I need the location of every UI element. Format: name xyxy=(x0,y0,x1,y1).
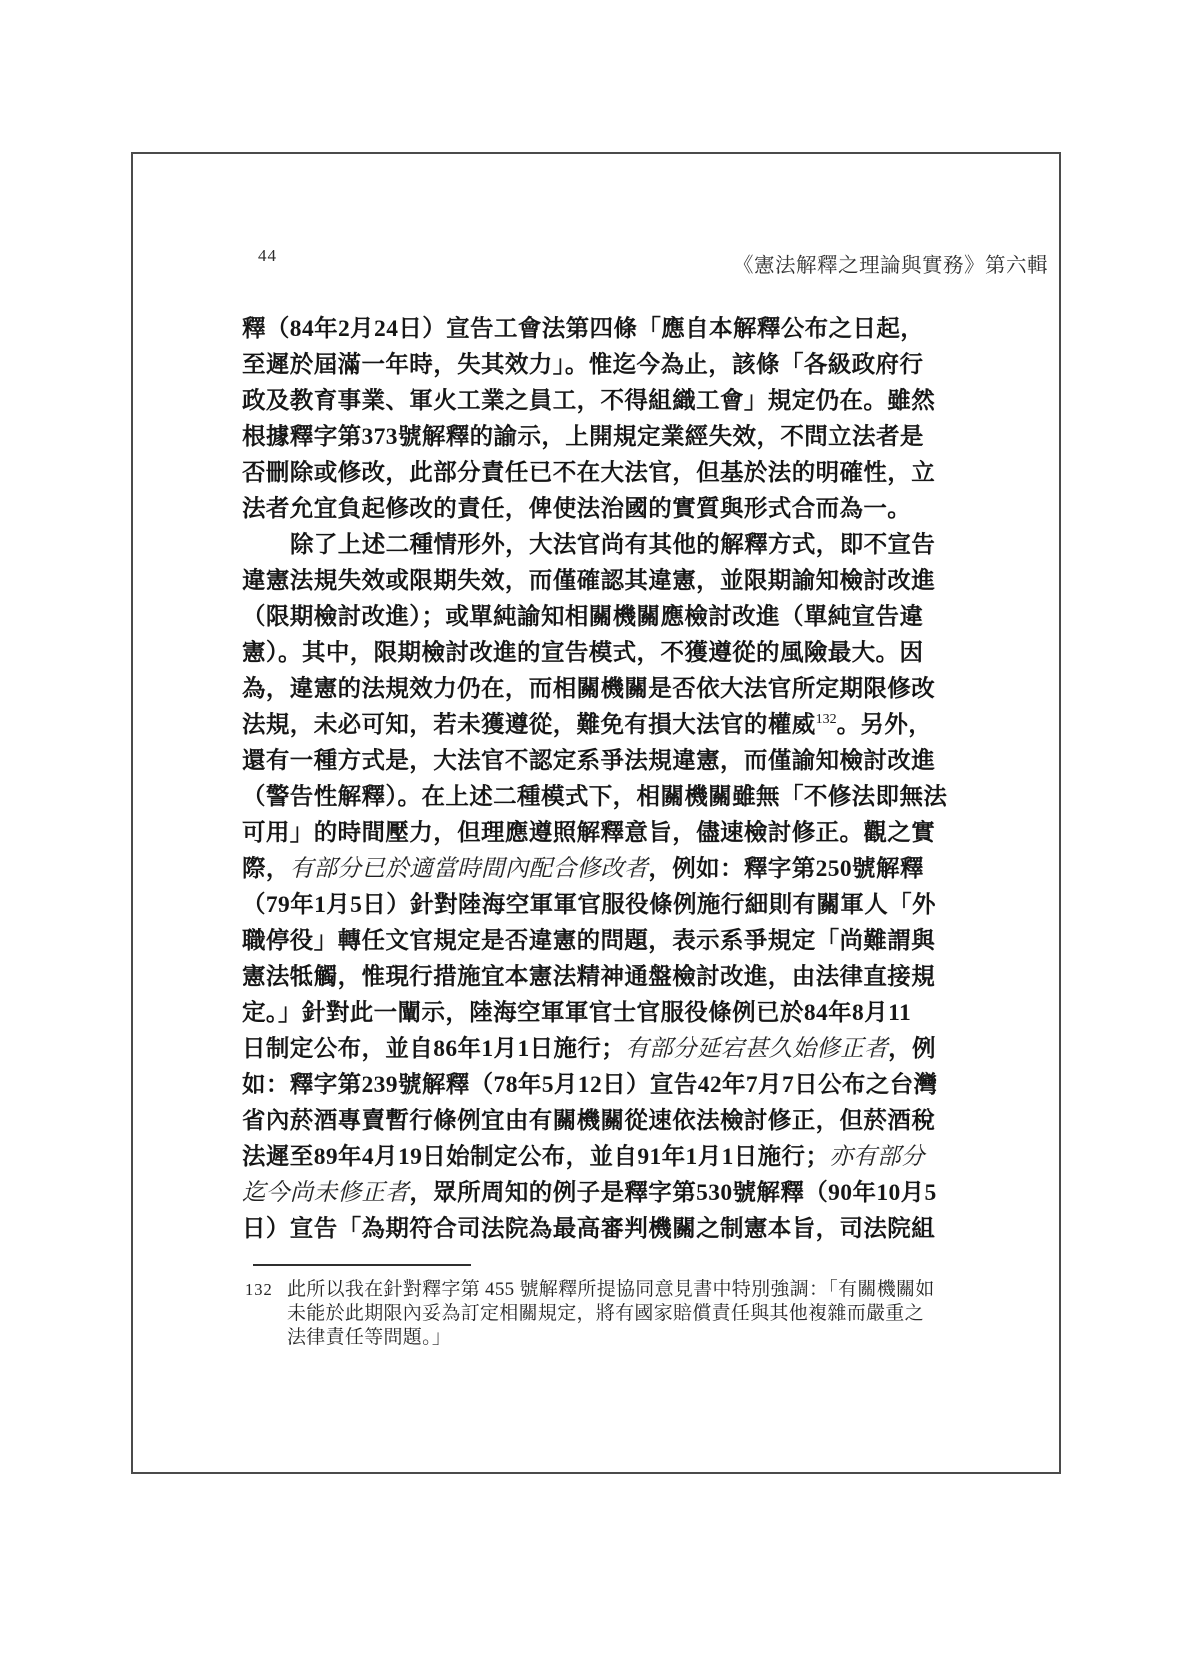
body-line: 日）宣告「為期符合司法院為最高審判機關之制憲本旨，司法院組 xyxy=(242,1211,990,1247)
page-number: 44 xyxy=(258,246,277,266)
footnote-line: 法律責任等問題。」 xyxy=(287,1326,1005,1350)
body-line: 至遲於屆滿一年時，失其效力」。惟迄今為止，該條「各級政府行 xyxy=(242,347,990,383)
text-segment: 至遲於屆滿一年時，失其效力」。惟迄今為止，該條「各級政府行 xyxy=(242,352,923,378)
text-segment: ，例 xyxy=(888,1036,936,1062)
running-header-title: 《憲法解釋之理論與實務》第六輯 xyxy=(733,248,1048,278)
text-segment: 日）宣告「為期符合司法院為最高審判機關之制憲本旨，司法院組 xyxy=(242,1216,935,1242)
text-segment: 法者允宜負起修改的責任，俾使法治國的實質與形式合而為一。 xyxy=(242,496,911,522)
text-segment: 如：釋字第239號解釋（78年5月12日）宣告42年7月7日公布之台灣 xyxy=(242,1072,938,1098)
text-segment: 定。」針對此一闡示，陸海空軍軍官士官服役條例已於84年8月11 xyxy=(242,1000,911,1026)
page-header: 44 《憲法解釋之理論與實務》第六輯 xyxy=(242,242,942,272)
text-segment: 違憲法規失效或限期失效，而僅確認其違憲，並限期諭知檢討改進 xyxy=(242,568,935,594)
text-segment: 否刪除或修改，此部分責任已不在大法官，但基於法的明確性，立 xyxy=(242,460,935,486)
document-canvas: 44 《憲法解釋之理論與實務》第六輯 釋（84年2月24日）宣告工會法第四條「應… xyxy=(0,0,1177,1664)
text-segment: ，例如：釋字第250號解釋 xyxy=(648,856,923,882)
text-segment: 憲）。其中，限期檢討改進的宣告模式，不獲遵從的風險最大。因 xyxy=(242,640,923,666)
text-segment: （警告性解釋）。在上述二種模式下，相關機關雖無「不修法即無法 xyxy=(242,784,947,810)
text-segment: 憲法牴觸，惟現行措施宜本憲法精神通盤檢討改進，由法律直接規 xyxy=(242,964,935,990)
emphasized-text-segment: 有部分延宕甚久始修正者 xyxy=(625,1036,888,1062)
text-segment: 除了上述二種情形外，大法官尚有其他的解釋方式，即不宣告 xyxy=(290,532,935,558)
body-line: 法規，未必可知，若未獲遵從，難免有損大法官的權威132。另外， xyxy=(242,707,990,743)
body-line: 憲）。其中，限期檢討改進的宣告模式，不獲遵從的風險最大。因 xyxy=(242,635,990,671)
text-segment: 。另外， xyxy=(837,712,933,738)
text-segment: 釋（84年2月24日）宣告工會法第四條「應自本解釋公布之日起， xyxy=(242,316,924,342)
text-segment: （限期檢討改進）；或單純諭知相關機關應檢討改進（單純宣告違 xyxy=(242,604,923,630)
text-segment: 職停役」轉任文官規定是否違憲的問題，表示系爭規定「尚難謂與 xyxy=(242,928,935,954)
text-segment: 政及教育事業、軍火工業之員工，不得組織工會」規定仍在。雖然 xyxy=(242,388,935,414)
body-line: 如：釋字第239號解釋（78年5月12日）宣告42年7月7日公布之台灣 xyxy=(242,1067,990,1103)
text-segment: 為，違憲的法規效力仍在，而相關機關是否依大法官所定期限修改 xyxy=(242,676,935,702)
footnote-text: 此所以我在針對釋字第 455 號解釋所提協同意見書中特別強調：「有關機關如未能於… xyxy=(287,1278,1005,1350)
body-line: 違憲法規失效或限期失效，而僅確認其違憲，並限期諭知檢討改進 xyxy=(242,563,990,599)
body-text: 釋（84年2月24日）宣告工會法第四條「應自本解釋公布之日起，至遲於屆滿一年時，… xyxy=(242,311,990,1247)
emphasized-text-segment: 迄今尚未修正者 xyxy=(242,1180,409,1206)
body-line: 法遲至89年4月19日始制定公布，並自91年1月1日施行；亦有部分 xyxy=(242,1139,990,1175)
text-segment: 日制定公布，並自86年1月1日施行； xyxy=(242,1036,625,1062)
emphasized-text-segment: 亦有部分 xyxy=(829,1144,925,1170)
body-line: 法者允宜負起修改的責任，俾使法治國的實質與形式合而為一。 xyxy=(242,491,990,527)
body-line: 為，違憲的法規效力仍在，而相關機關是否依大法官所定期限修改 xyxy=(242,671,990,707)
body-line: （警告性解釋）。在上述二種模式下，相關機關雖無「不修法即無法 xyxy=(242,779,990,815)
body-line: （限期檢討改進）；或單純諭知相關機關應檢討改進（單純宣告違 xyxy=(242,599,990,635)
body-line: 根據釋字第373號解釋的諭示，上開規定業經失效，不問立法者是 xyxy=(242,419,990,455)
body-line: 政及教育事業、軍火工業之員工，不得組織工會」規定仍在。雖然 xyxy=(242,383,990,419)
text-segment: 根據釋字第373號解釋的諭示，上開規定業經失效，不問立法者是 xyxy=(242,424,924,450)
body-line: 否刪除或修改，此部分責任已不在大法官，但基於法的明確性，立 xyxy=(242,455,990,491)
footnote-number: 132 xyxy=(245,1278,287,1302)
text-segment: 省內菸酒專賣暫行條例宜由有關機關從速依法檢討修正，但菸酒稅 xyxy=(242,1108,935,1134)
body-line: 釋（84年2月24日）宣告工會法第四條「應自本解釋公布之日起， xyxy=(242,311,990,347)
body-line: 憲法牴觸，惟現行措施宜本憲法精神通盤檢討改進，由法律直接規 xyxy=(242,959,990,995)
footnote: 132 此所以我在針對釋字第 455 號解釋所提協同意見書中特別強調：「有關機關… xyxy=(245,1278,1005,1350)
body-line: 迄今尚未修正者，眾所周知的例子是釋字第530號解釋（90年10月5 xyxy=(242,1175,990,1211)
footnote-line: 此所以我在針對釋字第 455 號解釋所提協同意見書中特別強調：「有關機關如 xyxy=(287,1278,1005,1302)
footnote-line: 未能於此期限內妥為訂定相關規定，將有國家賠償責任與其他複雜而嚴重之 xyxy=(287,1302,1005,1326)
text-segment: （79年1月5日）針對陸海空軍軍官服役條例施行細則有關軍人「外 xyxy=(242,892,936,918)
text-segment: 還有一種方式是，大法官不認定系爭法規違憲，而僅諭知檢討改進 xyxy=(242,748,935,774)
body-line: 還有一種方式是，大法官不認定系爭法規違憲，而僅諭知檢討改進 xyxy=(242,743,990,779)
emphasized-text-segment: 有部分已於適當時間內配合修改者 xyxy=(290,856,649,882)
text-segment: 法遲至89年4月19日始制定公布，並自91年1月1日施行； xyxy=(242,1144,829,1170)
body-line: 可用」的時間壓力，但理應遵照解釋意旨，儘速檢討修正。觀之實 xyxy=(242,815,990,851)
body-line: 除了上述二種情形外，大法官尚有其他的解釋方式，即不宣告 xyxy=(242,527,990,563)
footnote-reference: 132 xyxy=(816,712,837,727)
book-page: 44 《憲法解釋之理論與實務》第六輯 釋（84年2月24日）宣告工會法第四條「應… xyxy=(131,152,1061,1474)
text-segment: 際， xyxy=(242,856,290,882)
footnote-separator xyxy=(253,1264,471,1266)
body-line: 際，有部分已於適當時間內配合修改者，例如：釋字第250號解釋 xyxy=(242,851,990,887)
text-segment: ，眾所周知的例子是釋字第530號解釋（90年10月5 xyxy=(409,1180,936,1206)
text-segment: 法規，未必可知，若未獲遵從，難免有損大法官的權威 xyxy=(242,712,816,738)
body-line: 職停役」轉任文官規定是否違憲的問題，表示系爭規定「尚難謂與 xyxy=(242,923,990,959)
body-line: 定。」針對此一闡示，陸海空軍軍官士官服役條例已於84年8月11 xyxy=(242,995,990,1031)
body-line: （79年1月5日）針對陸海空軍軍官服役條例施行細則有關軍人「外 xyxy=(242,887,990,923)
body-line: 省內菸酒專賣暫行條例宜由有關機關從速依法檢討修正，但菸酒稅 xyxy=(242,1103,990,1139)
text-segment: 可用」的時間壓力，但理應遵照解釋意旨，儘速檢討修正。觀之實 xyxy=(242,820,935,846)
body-line: 日制定公布，並自86年1月1日施行；有部分延宕甚久始修正者，例 xyxy=(242,1031,990,1067)
